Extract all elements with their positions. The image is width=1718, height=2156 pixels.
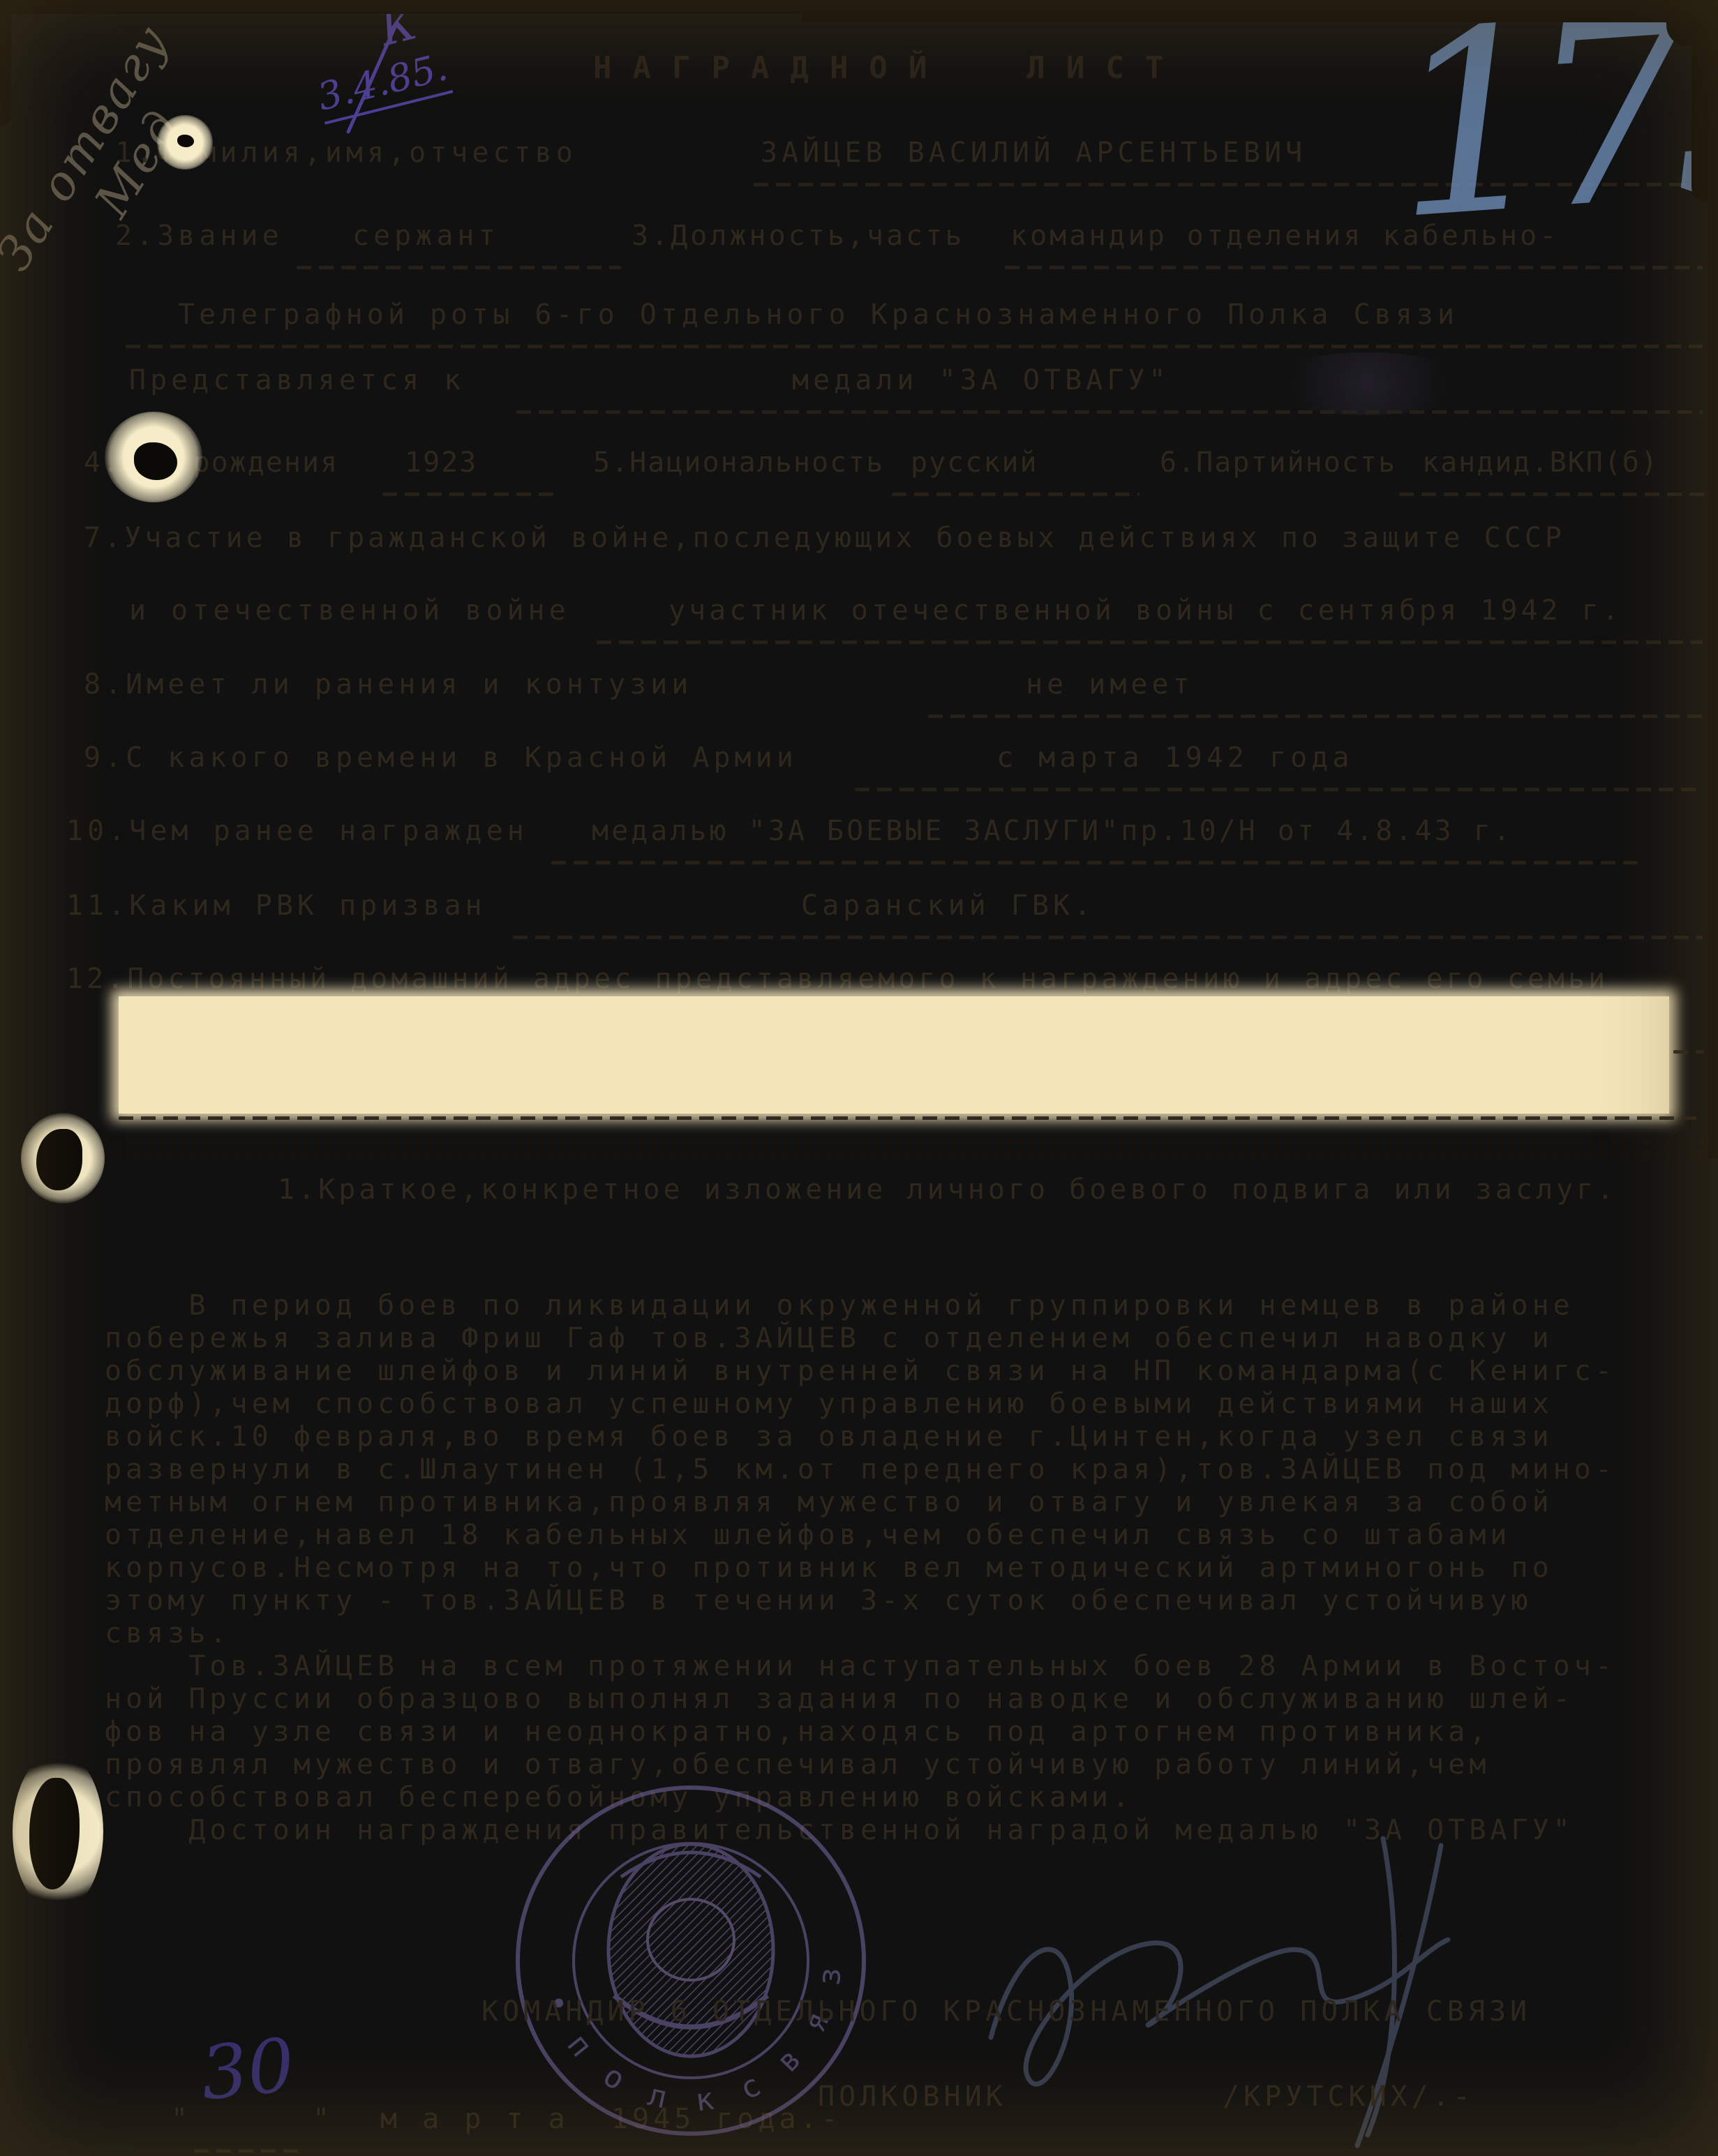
field-7-value: участник отечественной войны с сентября …	[668, 594, 1622, 627]
presented-for-value: медали "ЗА ОТВАГУ"	[792, 364, 1170, 396]
scan-corner-top-right	[1666, 0, 1718, 46]
underline	[513, 936, 1703, 939]
field-10-label: 10.Чем ранее награжден	[66, 815, 528, 847]
underline	[382, 493, 553, 496]
commander-name: /КРУТСКИХ/.-	[1223, 2081, 1474, 2113]
underline	[126, 345, 1703, 348]
scan-corner-top-right-2	[1691, 42, 1718, 202]
field-9-label: 9.С какого времени в Красной Армии	[84, 742, 798, 774]
field-5-value: русский	[911, 447, 1038, 479]
field-8-value: не имеет	[1026, 668, 1194, 701]
citation-body: В период боев по ликвидации окруженной г…	[105, 1289, 1616, 1847]
underline	[119, 1116, 1704, 1120]
date-quote-close: "	[313, 2103, 334, 2135]
commander-line: КОМАНДИР 6 ОТДЕЛЬНОГО КРАСНОЗНАМЕННОГО П…	[481, 1996, 1531, 2028]
ink-bleed-stain	[1263, 352, 1472, 415]
field-2-label: 2.Звание	[115, 220, 283, 252]
date-quote-open: "	[171, 2103, 192, 2135]
underline	[1005, 266, 1703, 269]
commander-rank: ПОЛКОВНИК	[818, 2081, 1007, 2113]
underline	[516, 410, 1703, 414]
divider-dotted-band	[70, 1151, 1718, 1159]
underline	[855, 788, 1703, 791]
field-4-value: 1923	[405, 447, 477, 479]
field-5-label: 5.Национальность	[593, 447, 884, 479]
field-8-label: 8.Имеет ли ранения и контузии	[84, 668, 692, 701]
underline	[551, 861, 1640, 864]
underline	[194, 2149, 306, 2153]
field-3-label: 3.Должность,часть	[632, 220, 964, 252]
redacted-address-block	[119, 996, 1669, 1114]
section-1-heading: 1.Краткое,конкретное изложение личного б…	[278, 1174, 1617, 1206]
ink-note: К 3.4.85.	[300, 0, 454, 125]
document-title: НАГРАДНОЙ ЛИСТ	[593, 50, 1184, 86]
field-6-label: 6.Партийность	[1160, 447, 1396, 479]
scan-corner-top-left	[0, 0, 11, 126]
presented-for-label: Представляется к	[129, 364, 465, 396]
field-7-label-line1: 7.Участие в гражданской войне,последующи…	[84, 522, 1565, 554]
field-3-value-line2: Телеграфной роты 6-го Отдельного Красноз…	[178, 299, 1458, 331]
underline	[1673, 1050, 1704, 1054]
field-12-label: 12.Постоянный домашний адрес представляе…	[66, 963, 1608, 995]
field-11-value: Саранский ГВК.	[801, 890, 1095, 922]
underline	[1399, 493, 1706, 496]
field-10-value: медалью "ЗА БОЕВЫЕ ЗАСЛУГИ"пр.10/Н от 4.…	[592, 815, 1513, 847]
field-9-value: с марта 1942 года	[996, 742, 1353, 774]
paper-hole	[134, 442, 177, 480]
divider-dotted-band	[59, 1137, 1718, 1145]
corner-number: 175	[1382, 0, 1718, 275]
underline	[297, 266, 621, 269]
paper-hole	[36, 1129, 82, 1190]
field-7-label-line2: и отечественной войне	[129, 594, 570, 627]
field-1-value: ЗАЙЦЕВ ВАСИЛИЙ АРСЕНТЬЕВИЧ	[761, 137, 1306, 169]
field-2-value: сержант	[352, 220, 500, 252]
scan-edge-top-right	[802, 0, 1718, 22]
paper-hole	[177, 135, 194, 147]
underline	[597, 641, 1703, 644]
underline	[892, 493, 1140, 496]
underline	[928, 714, 1703, 718]
handwritten-day: 30	[197, 2022, 299, 2116]
field-6-value: кандид.ВКП(б)	[1422, 447, 1659, 479]
field-11-label: 11.Каким РВК призван	[66, 890, 486, 922]
award-sheet-document: За отвагу Мед К 3.4.85. 175 НАГРАДНОЙ ЛИ…	[0, 0, 1718, 2156]
